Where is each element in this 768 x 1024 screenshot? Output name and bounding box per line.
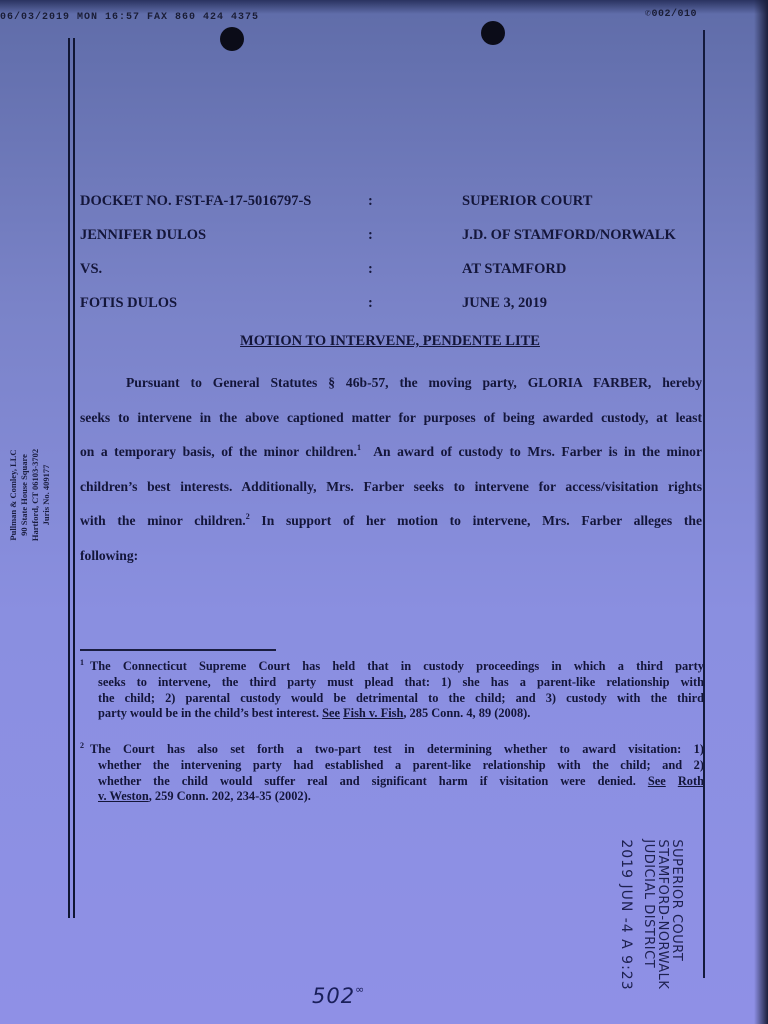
- plaintiff-name: JENNIFER DULOS: [80, 227, 206, 244]
- footnote-line: v. Weston, 259 Conn. 202, 234-35 (2002).: [80, 789, 704, 805]
- punch-hole-right: [481, 21, 505, 45]
- handwritten-annotation: 502∞: [312, 984, 365, 1008]
- body-line: children’s best interests. Additionally,…: [80, 470, 702, 505]
- footnote-2: 2The Court has also set forth a two-part…: [80, 738, 704, 805]
- photo-right-shadow: [754, 0, 768, 1024]
- firm-city: Hartford, CT 06103-3702: [30, 449, 41, 541]
- stamp-court: SUPERIOR COURT: [669, 839, 683, 990]
- footnote-ref-1[interactable]: 1: [357, 443, 361, 452]
- firm-name: Pullman & Comley, LLC: [8, 449, 19, 541]
- body-line: on a temporary basis, of the minor child…: [80, 435, 702, 470]
- footnote-1: 1The Connecticut Supreme Court has held …: [80, 655, 704, 722]
- caption-row-defendant: FOTIS DULOS : JUNE 3, 2019: [80, 295, 700, 329]
- footnote-ref-2[interactable]: 2: [246, 512, 250, 521]
- firm-juris-no: Juris No. 409177: [41, 449, 52, 541]
- footnote-line: party would be in the child’s best inter…: [80, 706, 704, 722]
- caption-row-docket: DOCKET NO. FST-FA-17-5016797-S : SUPERIO…: [80, 193, 700, 227]
- punch-hole-left: [220, 27, 244, 51]
- body-line: following:: [80, 539, 702, 574]
- case-name: Fish v. Fish: [343, 706, 403, 720]
- pleading-margin-rule-left: [68, 38, 70, 918]
- body-line: Pursuant to General Statutes § 46b-57, t…: [80, 366, 702, 401]
- law-firm-margin-stamp: Pullman & Comley, LLC 90 State House Squ…: [6, 395, 54, 595]
- citation: , 259 Conn. 202, 234-35 (2002).: [149, 789, 311, 803]
- footnote-separator: [80, 649, 276, 651]
- case-name: v. Weston: [98, 789, 149, 803]
- pleading-margin-rule-left-inner: [73, 38, 75, 918]
- versus-label: VS.: [80, 261, 102, 278]
- footnote-number: 2: [80, 741, 84, 750]
- footnote-number: 1: [80, 658, 84, 667]
- firm-street: 90 State House Square: [19, 449, 30, 541]
- defendant-name: FOTIS DULOS: [80, 295, 177, 312]
- footnote-line: the child; 2) parental custody would be …: [80, 691, 704, 707]
- case-name: Roth: [678, 774, 704, 788]
- stamp-district-label: JUDICIAL DISTRICT: [641, 839, 655, 990]
- caption-row-versus: VS. : AT STAMFORD: [80, 261, 700, 295]
- citation-signal: See: [322, 706, 340, 720]
- body-line: with the minor children.2 In support of …: [80, 504, 702, 539]
- court-location: AT STAMFORD: [462, 261, 566, 278]
- footnote-line: 2The Court has also set forth a two-part…: [80, 738, 704, 758]
- footnote-line: whether the intervening party had establ…: [80, 758, 704, 774]
- stamp-datetime: 2019 JUN -4 A 9:23: [615, 839, 637, 990]
- footnote-line: 1The Connecticut Supreme Court has held …: [80, 655, 704, 675]
- caption-row-plaintiff: JENNIFER DULOS : J.D. OF STAMFORD/NORWAL…: [80, 227, 700, 261]
- court-received-stamp: SUPERIOR COURT STAMFORD-NORWALK JUDICIAL…: [594, 835, 704, 995]
- footnote-line: whether the child would suffer real and …: [80, 774, 704, 790]
- filing-date: JUNE 3, 2019: [462, 295, 547, 312]
- stamp-district-name: STAMFORD-NORWALK: [655, 839, 669, 990]
- court-name: SUPERIOR COURT: [462, 193, 592, 210]
- citation: , 285 Conn. 4, 89 (2008).: [403, 706, 530, 720]
- body-line: seeks to intervene in the above captione…: [80, 401, 702, 436]
- docket-number: DOCKET NO. FST-FA-17-5016797-S: [80, 193, 311, 210]
- fax-page-number: ✆002/010: [645, 8, 697, 20]
- case-caption: DOCKET NO. FST-FA-17-5016797-S : SUPERIO…: [80, 193, 700, 329]
- document-title: MOTION TO INTERVENE, PENDENTE LITE: [80, 333, 700, 350]
- footnote-line: seeks to intervene, the third party must…: [80, 675, 704, 691]
- citation-signal: See: [648, 774, 666, 788]
- fax-transmission-header: 06/03/2019 MON 16:57 FAX 860 424 4375: [0, 12, 259, 23]
- motion-body: Pursuant to General Statutes § 46b-57, t…: [80, 366, 702, 573]
- judicial-district: J.D. OF STAMFORD/NORWALK: [462, 227, 676, 244]
